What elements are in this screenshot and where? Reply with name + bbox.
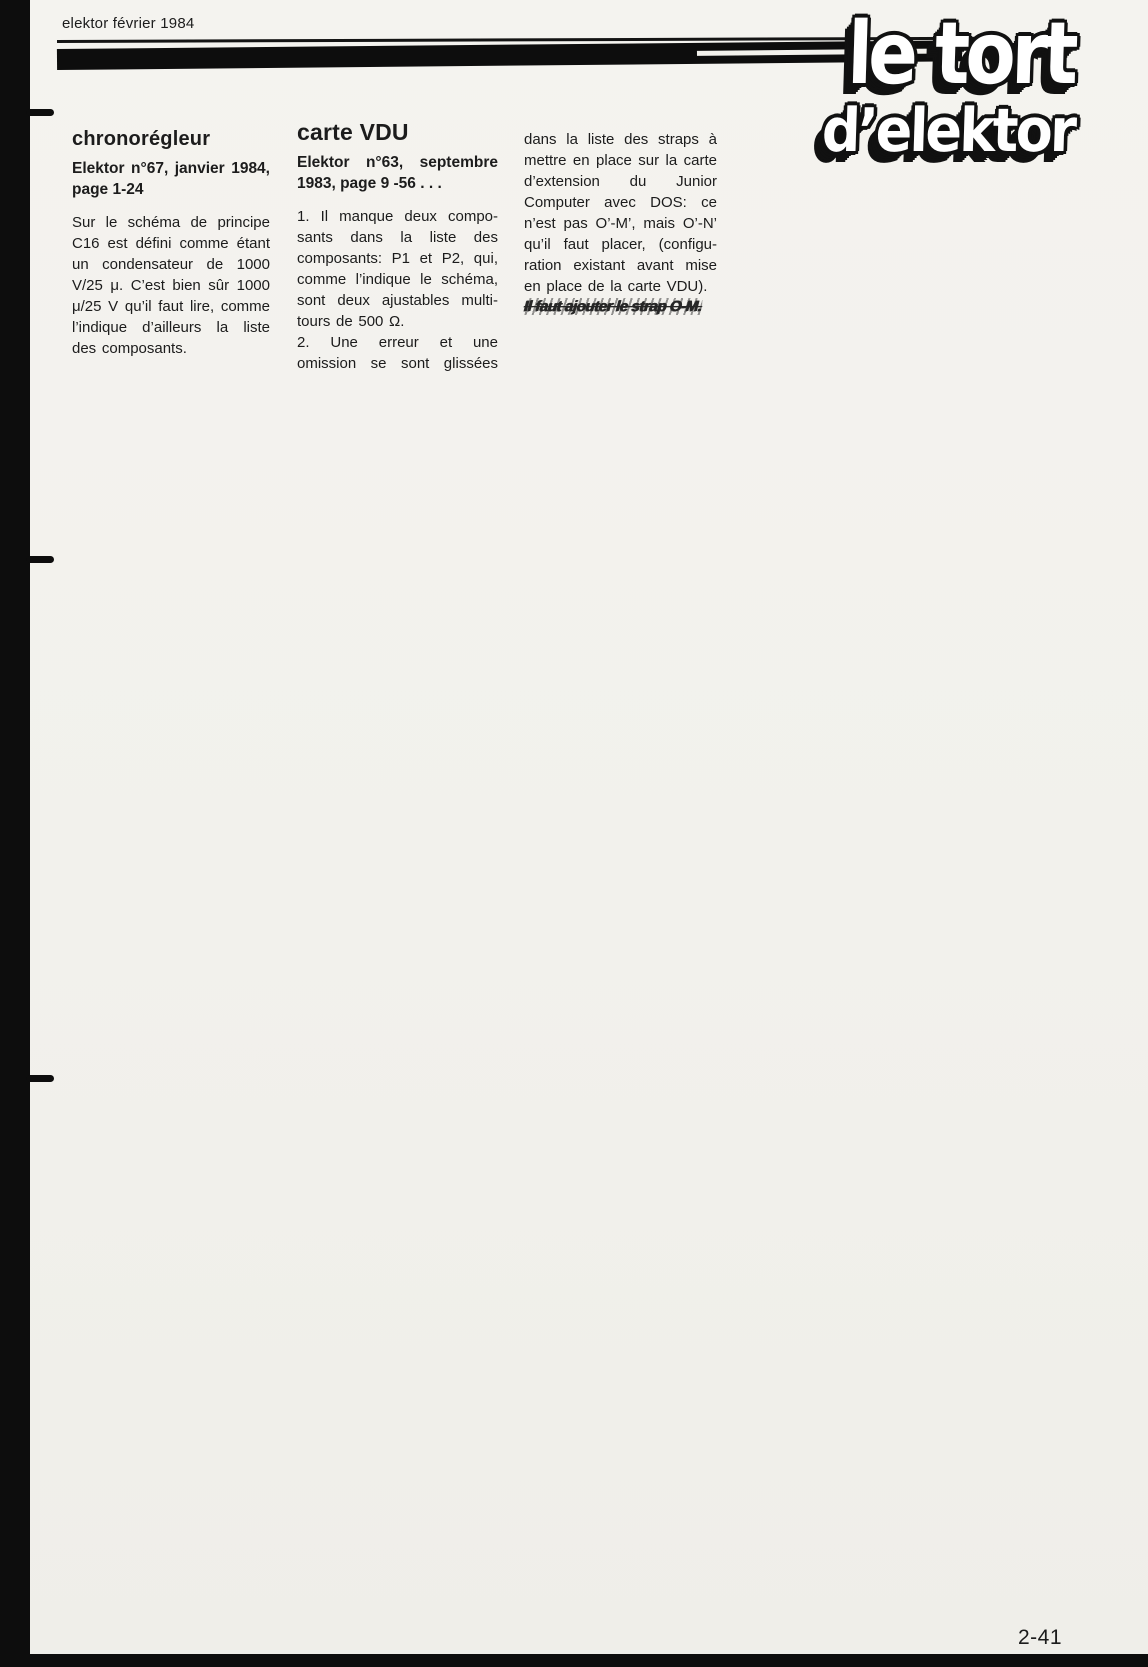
magazine-page: elektor février 1984 le tort d’elektor c… — [0, 0, 1148, 1667]
article-reference: Elektor n°63, septembre 1983, page 9 -56… — [297, 152, 498, 195]
article-reference: Elektor n°67, janvier 1984, page 1-24 — [72, 158, 270, 201]
binding-tick — [26, 556, 54, 563]
article-paragraph: 2. Une erreur et une omission se sont gl… — [297, 332, 498, 374]
errata-article-carte-vdu-continued: dans la liste des straps à mettre en pla… — [524, 129, 717, 316]
binding-tick — [26, 109, 54, 116]
errata-article-carte-vdu: carte VDU Elektor n°63, septembre 1983, … — [297, 119, 498, 374]
errata-article-chronoregleur: chronorégleur Elektor n°67, janvier 1984… — [72, 128, 270, 359]
magazine-logo: le tort d’elektor — [794, 12, 1074, 163]
article-paragraph: Sur le schéma de principe C16 est défini… — [72, 212, 270, 359]
issue-header: elektor février 1984 — [62, 15, 194, 32]
article-title: carte VDU — [297, 119, 498, 146]
binding-tick — [26, 1075, 54, 1082]
article-paragraph: dans la liste des straps à mettre en pla… — [524, 129, 717, 297]
struck-correction: Il faut ajouter le strap O-M. — [523, 298, 702, 315]
article-paragraph: 1. Il manque deux compo­sants dans la li… — [297, 206, 498, 332]
bottom-edge-bar — [0, 1654, 1148, 1667]
binding-bar — [0, 0, 30, 1667]
page-number: 2-41 — [1018, 1626, 1062, 1650]
logo-line-2: d’elektor — [821, 100, 1075, 163]
article-title: chronorégleur — [72, 128, 270, 151]
logo-line-1: le tort — [835, 12, 1076, 96]
